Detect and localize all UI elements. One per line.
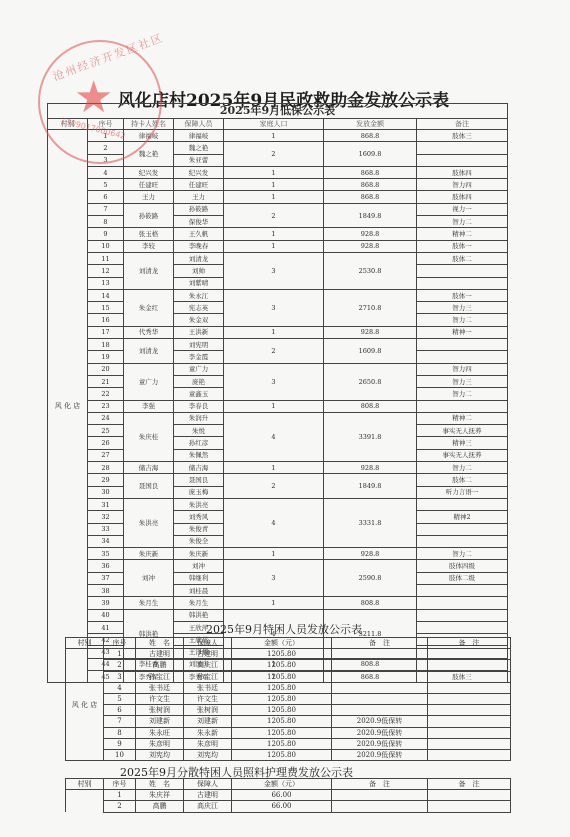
table-row: 2高鹏高庆江1205.80 <box>66 660 511 671</box>
beneficiary-name: 孙红彦 <box>174 437 224 449</box>
person-name: 刘建新 <box>136 716 184 727</box>
beneficiary-name: 保俊华 <box>174 216 224 228</box>
beneficiary-name: 朱洪亮 <box>174 498 224 510</box>
table-row: 11刘清龙刘清龙32530.8肢体二 <box>48 252 508 264</box>
remark: 事实无人抚养 <box>417 449 508 461</box>
cardholder-name: 孙筱路 <box>124 203 174 228</box>
beneficiary-name: 童鑫玉 <box>174 388 224 400</box>
remark <box>332 660 428 671</box>
guarantor-name: 张树润 <box>184 705 232 716</box>
household-size: 3 <box>224 289 324 326</box>
remark <box>417 400 508 412</box>
payment-amount: 2530.8 <box>324 252 417 289</box>
household-size: 1 <box>224 400 324 412</box>
remark: 肢体一 <box>417 240 508 252</box>
remark <box>417 351 508 363</box>
col-header: 备 注 <box>428 638 511 649</box>
col-header: 持卡人姓名 <box>124 119 174 130</box>
table-row: 24朱庆桂朱润升43391.8精神二 <box>48 412 508 424</box>
household-size: 1 <box>224 462 324 474</box>
person-name: 孙宝江 <box>136 671 184 682</box>
row-number: 40 <box>88 609 124 621</box>
beneficiary-name: 魏之艳 <box>174 142 224 154</box>
table-row: 10李较李晚春1928.8肢体一 <box>48 240 508 252</box>
row-number: 4 <box>88 166 124 178</box>
household-size: 3 <box>224 363 324 400</box>
remark-2 <box>428 693 511 704</box>
table-row: 2魏之艳魏之艳21609.8 <box>48 142 508 154</box>
row-number: 10 <box>104 749 136 760</box>
row-number: 29 <box>88 474 124 486</box>
guarantor-name: 朱永新 <box>184 727 232 738</box>
remark <box>417 265 508 277</box>
table-row: 2高鹏高庆江66.00 <box>66 801 511 812</box>
cardholder-name: 朱庆桂 <box>124 412 174 461</box>
row-number: 18 <box>88 339 124 351</box>
payment-amount: 2650.8 <box>324 363 417 400</box>
beneficiary-name: 聂国良 <box>174 474 224 486</box>
row-number: 5 <box>104 693 136 704</box>
payment-amount: 928.8 <box>324 462 417 474</box>
remark <box>417 277 508 289</box>
col-header: 家庭人口 <box>224 119 324 130</box>
row-number: 2 <box>88 142 124 154</box>
payment-amount: 928.8 <box>324 548 417 560</box>
remark-2 <box>428 790 511 801</box>
payment-amount: 1205.80 <box>232 682 332 693</box>
row-number: 11 <box>88 252 124 264</box>
care-header-row: 村别 序号 姓 名 保障人 金额（元） 备 注 备 注 <box>66 779 511 790</box>
row-number: 13 <box>88 277 124 289</box>
row-number: 2 <box>104 801 136 812</box>
remark: 智力二 <box>417 388 508 400</box>
household-size: 1 <box>224 548 324 560</box>
cardholder-name: 任建旺 <box>124 179 174 191</box>
person-name: 朱庆祥 <box>136 790 184 801</box>
remark <box>417 535 508 547</box>
cardholder-name: 代秀华 <box>124 326 174 338</box>
household-size: 1 <box>224 130 324 142</box>
table-row: 3孙宝江孙宝江1205.80 <box>66 671 511 682</box>
guarantor-name: 古建明 <box>184 790 232 801</box>
col-header: 保障人 <box>184 779 232 790</box>
beneficiary-name: 刘桂晨 <box>174 584 224 596</box>
beneficiary-name: 朱月生 <box>174 597 224 609</box>
remark <box>332 649 428 660</box>
remark: 事实无人抚养 <box>417 425 508 437</box>
table-row: 20童广力童广力32650.8智力四 <box>48 363 508 375</box>
col-header: 序号 <box>104 779 136 790</box>
row-number: 28 <box>88 462 124 474</box>
person-name: 张书廷 <box>136 682 184 693</box>
payment-amount: 1205.80 <box>232 671 332 682</box>
care-table: 村别 序号 姓 名 保障人 金额（元） 备 注 备 注 1朱庆祥古建明66.00… <box>65 778 511 813</box>
row-number: 38 <box>88 584 124 596</box>
payment-amount: 928.8 <box>324 326 417 338</box>
household-size: 2 <box>224 203 324 228</box>
household-size: 2 <box>224 474 324 499</box>
row-number: 34 <box>88 535 124 547</box>
remark <box>332 693 428 704</box>
table-row: 39朱月生朱月生1808.8 <box>48 597 508 609</box>
table-row: 40韩洪艳韩洪艳43211.8 <box>48 609 508 621</box>
household-size: 3 <box>224 560 324 597</box>
remark: 智力二 <box>417 314 508 326</box>
payment-amount: 1205.80 <box>232 738 332 749</box>
table-row: 36刘冲刘冲32590.8肢体四级 <box>48 560 508 572</box>
remark <box>332 790 428 801</box>
beneficiary-name: 朱金双 <box>174 314 224 326</box>
col-header: 备 注 <box>332 638 428 649</box>
row-number: 2 <box>104 660 136 671</box>
beneficiary-name: 刘清龙 <box>174 252 224 264</box>
row-number: 5 <box>88 179 124 191</box>
person-name: 朱彦明 <box>136 738 184 749</box>
beneficiary-name: 纪兴发 <box>174 166 224 178</box>
person-name: 高鹏 <box>136 801 184 812</box>
remark: 智力二 <box>417 548 508 560</box>
remark-2 <box>428 671 511 682</box>
row-number: 32 <box>88 511 124 523</box>
payment-amount: 3391.8 <box>324 412 417 461</box>
household-size: 1 <box>224 240 324 252</box>
person-name: 高鹏 <box>136 660 184 671</box>
remark: 精神2 <box>417 511 508 523</box>
remark: 智力三 <box>417 302 508 314</box>
remark-2 <box>428 801 511 812</box>
household-size: 3 <box>224 252 324 289</box>
remark <box>417 154 508 166</box>
household-size: 2 <box>224 142 324 167</box>
remark <box>417 584 508 596</box>
beneficiary-name: 朱庆新 <box>174 548 224 560</box>
row-number: 10 <box>88 240 124 252</box>
beneficiary-name: 任建旺 <box>174 179 224 191</box>
table-row: 4张书廷张书廷1205.80 <box>66 682 511 693</box>
table-row: 5任建旺任建旺1868.8智力四 <box>48 179 508 191</box>
payment-amount: 928.8 <box>324 240 417 252</box>
row-number: 37 <box>88 572 124 584</box>
row-number: 9 <box>104 738 136 749</box>
remark: 智力四 <box>417 179 508 191</box>
beneficiary-name: 李金霞 <box>174 351 224 363</box>
beneficiary-name: 刘秀风 <box>174 511 224 523</box>
household-size: 4 <box>224 412 324 461</box>
payment-amount: 3331.8 <box>324 498 417 547</box>
remark-2 <box>428 727 511 738</box>
row-number: 33 <box>88 523 124 535</box>
col-header: 姓 名 <box>136 638 184 649</box>
guarantor-name: 朱彦明 <box>184 738 232 749</box>
beneficiary-name: 朱润升 <box>174 412 224 424</box>
payment-amount: 928.8 <box>324 228 417 240</box>
row-number: 1 <box>88 130 124 142</box>
remark-2 <box>428 749 511 760</box>
remark: 视力一 <box>417 203 508 215</box>
remark: 肢体四 <box>417 191 508 203</box>
row-number: 7 <box>104 716 136 727</box>
remark: 肢体一 <box>417 289 508 301</box>
person-name: 朱永旺 <box>136 727 184 738</box>
remark: 智力三 <box>417 375 508 387</box>
cardholder-name: 魏之艳 <box>124 142 174 167</box>
row-number: 26 <box>88 437 124 449</box>
remark <box>417 597 508 609</box>
remark <box>417 142 508 154</box>
remark <box>332 671 428 682</box>
remark <box>417 339 508 351</box>
village-name <box>66 790 104 812</box>
row-number: 17 <box>88 326 124 338</box>
remark: 肢体三 <box>417 130 508 142</box>
payment-amount: 868.8 <box>324 130 417 142</box>
row-number: 35 <box>88 548 124 560</box>
row-number: 41 <box>88 621 124 633</box>
beneficiary-name: 李晚春 <box>174 240 224 252</box>
row-number: 36 <box>88 560 124 572</box>
remark: 肢体二 <box>417 252 508 264</box>
beneficiary-name: 王久帆 <box>174 228 224 240</box>
beneficiary-name: 朱亚蕾 <box>174 154 224 166</box>
cardholder-name: 刘清龙 <box>124 252 174 289</box>
row-number: 21 <box>88 375 124 387</box>
table-row: 29聂国良聂国良21849.8肢体二 <box>48 474 508 486</box>
payment-amount: 1849.8 <box>324 474 417 499</box>
beneficiary-name: 童广力 <box>174 363 224 375</box>
beneficiary-name: 韩洪艳 <box>174 609 224 621</box>
payment-amount: 1205.80 <box>232 727 332 738</box>
col-header: 村别 <box>66 779 104 790</box>
payment-amount: 66.00 <box>232 801 332 812</box>
household-size: 1 <box>224 179 324 191</box>
remark: 听力言语一 <box>417 486 508 498</box>
remark: 智力二 <box>417 216 508 228</box>
col-header: 序号 <box>104 638 136 649</box>
remark: 肢体二 <box>417 474 508 486</box>
row-number: 9 <box>88 228 124 240</box>
table-row: 8朱永旺朱永新1205.802020.9低保转 <box>66 727 511 738</box>
beneficiary-name: 律福岐 <box>174 130 224 142</box>
col-header: 金额（元） <box>232 638 332 649</box>
table-row: 7刘建新刘建新1205.802020.9低保转 <box>66 716 511 727</box>
beneficiary-name: 王力 <box>174 191 224 203</box>
remark: 2020.9低保转 <box>332 716 428 727</box>
beneficiary-name: 朱俊全 <box>174 535 224 547</box>
beneficiary-name: 朱悦 <box>174 425 224 437</box>
table-row: 23李强李春良1808.8 <box>48 400 508 412</box>
remark <box>417 523 508 535</box>
remark <box>417 621 508 633</box>
payment-amount: 1609.8 <box>324 339 417 364</box>
dibao-table: 2025年9月低保公示表 村别 序号 持卡人姓名 保障人员 家庭人口 发放金额 … <box>47 103 508 683</box>
row-number: 7 <box>88 203 124 215</box>
person-name: 刘宪均 <box>136 749 184 760</box>
cardholder-name: 童广力 <box>124 363 174 400</box>
payment-amount: 1849.8 <box>324 203 417 228</box>
beneficiary-name: 刘紫晴 <box>174 277 224 289</box>
beneficiary-name: 刘冲 <box>174 560 224 572</box>
payment-amount: 868.8 <box>324 179 417 191</box>
guarantor-name: 高庆江 <box>184 801 232 812</box>
beneficiary-name: 李春良 <box>174 400 224 412</box>
beneficiary-name: 庞艳 <box>174 375 224 387</box>
dibao-table-title: 2025年9月低保公示表 <box>48 104 508 119</box>
beneficiary-name: 王洪新 <box>174 326 224 338</box>
cardholder-name: 朱庆新 <box>124 548 174 560</box>
remark: 智力二 <box>417 462 508 474</box>
remark-2 <box>428 738 511 749</box>
guarantor-name: 张书廷 <box>184 682 232 693</box>
beneficiary-name: 储吉海 <box>174 462 224 474</box>
row-number: 3 <box>88 154 124 166</box>
table-row: 7孙筱路孙筱路21849.8视力一 <box>48 203 508 215</box>
dibao-header-row: 村别 序号 持卡人姓名 保障人员 家庭人口 发放金额 备注 <box>48 119 508 130</box>
payment-amount: 1205.80 <box>232 693 332 704</box>
row-number: 39 <box>88 597 124 609</box>
beneficiary-name: 刘宪明 <box>174 339 224 351</box>
col-header: 备 注 <box>428 779 511 790</box>
cardholder-name: 朱洪亮 <box>124 498 174 547</box>
row-number: 15 <box>88 302 124 314</box>
tekun-table: 村别 序号 姓 名 保障人 金额（元） 备 注 备 注 风 化 店1古建明古建明… <box>65 637 511 761</box>
guarantor-name: 古建明 <box>184 649 232 660</box>
cardholder-name: 朱月生 <box>124 597 174 609</box>
payment-amount: 868.8 <box>324 166 417 178</box>
cardholder-name: 聂国良 <box>124 474 174 499</box>
remark-2 <box>428 682 511 693</box>
row-number: 6 <box>104 705 136 716</box>
payment-amount: 1205.80 <box>232 660 332 671</box>
table-row: 9朱彦明朱彦明1205.802020.9低保转 <box>66 738 511 749</box>
payment-amount: 868.8 <box>324 191 417 203</box>
payment-amount: 1609.8 <box>324 142 417 167</box>
table-row: 1朱庆祥古建明66.00 <box>66 790 511 801</box>
document-page: 沧州经济开发区社区 ★ 1309017000642 风化店村2025年9月民政救… <box>0 0 570 837</box>
table-row: 4纪兴发纪兴发1868.8肢体四 <box>48 166 508 178</box>
remark: 智力四 <box>417 363 508 375</box>
row-number: 6 <box>88 191 124 203</box>
table-row: 6王力王力1868.8肢体四 <box>48 191 508 203</box>
person-name: 古建明 <box>136 649 184 660</box>
household-size: 1 <box>224 597 324 609</box>
guarantor-name: 高庆江 <box>184 660 232 671</box>
remark: 2020.9低保转 <box>332 727 428 738</box>
cardholder-name: 律福岐 <box>124 130 174 142</box>
guarantor-name: 孙宝江 <box>184 671 232 682</box>
remark: 精神一 <box>417 326 508 338</box>
remark <box>332 705 428 716</box>
col-header: 保障人 <box>184 638 232 649</box>
remark: 2020.9低保转 <box>332 738 428 749</box>
table-row: 14朱金红朱永江32710.8肢体一 <box>48 289 508 301</box>
row-number: 20 <box>88 363 124 375</box>
row-number: 31 <box>88 498 124 510</box>
household-size: 1 <box>224 228 324 240</box>
beneficiary-name: 韩继利 <box>174 572 224 584</box>
row-number: 30 <box>88 486 124 498</box>
col-header: 备 注 <box>332 779 428 790</box>
row-number: 24 <box>88 412 124 424</box>
table-row: 17代秀华王洪新1928.8精神一 <box>48 326 508 338</box>
row-number: 14 <box>88 289 124 301</box>
remark-2 <box>428 649 511 660</box>
table-row: 9张玉格王久帆1928.8精神二 <box>48 228 508 240</box>
col-header: 保障人员 <box>174 119 224 130</box>
remark: 精神二 <box>417 228 508 240</box>
col-header: 姓 名 <box>136 779 184 790</box>
tekun-header-row: 村别 序号 姓 名 保障人 金额（元） 备 注 备 注 <box>66 638 511 649</box>
table-row: 18刘清龙刘宪明21609.8 <box>48 339 508 351</box>
table-row: 31朱洪亮朱洪亮43331.8 <box>48 498 508 510</box>
village-name: 风 化 店 <box>66 649 104 761</box>
beneficiary-name: 刘帅 <box>174 265 224 277</box>
row-number: 3 <box>104 671 136 682</box>
row-number: 1 <box>104 649 136 660</box>
tekun-table-title: 2025年9月特困人员发放公示表 <box>206 621 362 637</box>
remark: 精神二 <box>417 412 508 424</box>
payment-amount: 808.8 <box>324 400 417 412</box>
table-row: 风 化 店1古建明古建明1205.80 <box>66 649 511 660</box>
remark-2 <box>428 705 511 716</box>
cardholder-name: 刘冲 <box>124 560 174 597</box>
household-size: 2 <box>224 339 324 364</box>
remark-2 <box>428 716 511 727</box>
beneficiary-name: 宪志英 <box>174 302 224 314</box>
row-number: 22 <box>88 388 124 400</box>
remark: 肢体四级 <box>417 560 508 572</box>
remark: 精神三 <box>417 437 508 449</box>
table-row: 6张树润张树润1205.80 <box>66 705 511 716</box>
payment-amount: 2710.8 <box>324 289 417 326</box>
beneficiary-name: 孙筱路 <box>174 203 224 215</box>
payment-amount: 66.00 <box>232 790 332 801</box>
payment-amount: 808.8 <box>324 597 417 609</box>
row-number: 12 <box>88 265 124 277</box>
remark: 2020.9低保转 <box>332 749 428 760</box>
cardholder-name: 王力 <box>124 191 174 203</box>
remark <box>332 682 428 693</box>
row-number: 8 <box>104 727 136 738</box>
household-size: 4 <box>224 498 324 547</box>
col-header: 发放金额 <box>324 119 417 130</box>
table-row: 10刘宪均刘宪均1205.802020.9低保转 <box>66 749 511 760</box>
beneficiary-name: 朱永江 <box>174 289 224 301</box>
row-number: 19 <box>88 351 124 363</box>
guarantor-name: 刘宪均 <box>184 749 232 760</box>
remark: 肢体二级 <box>417 572 508 584</box>
row-number: 8 <box>88 216 124 228</box>
remark: 肢体四 <box>417 166 508 178</box>
row-number: 1 <box>104 790 136 801</box>
payment-amount: 1205.80 <box>232 649 332 660</box>
cardholder-name: 纪兴发 <box>124 166 174 178</box>
cardholder-name: 刘清龙 <box>124 339 174 364</box>
beneficiary-name: 朱俊青 <box>174 523 224 535</box>
remark-2 <box>428 660 511 671</box>
cardholder-name: 储吉海 <box>124 462 174 474</box>
payment-amount: 2590.8 <box>324 560 417 597</box>
payment-amount: 1205.80 <box>232 705 332 716</box>
payment-amount: 1205.80 <box>232 749 332 760</box>
household-size: 1 <box>224 326 324 338</box>
seal-text: 沧州经济开发区社区 <box>51 32 160 85</box>
table-row: 风 化 店1律福岐律福岐1868.8肢体三 <box>48 130 508 142</box>
col-header: 村别 <box>48 119 88 130</box>
table-row: 35朱庆新朱庆新1928.8智力二 <box>48 548 508 560</box>
remark <box>417 498 508 510</box>
payment-amount: 1205.80 <box>232 716 332 727</box>
col-header: 序号 <box>88 119 124 130</box>
